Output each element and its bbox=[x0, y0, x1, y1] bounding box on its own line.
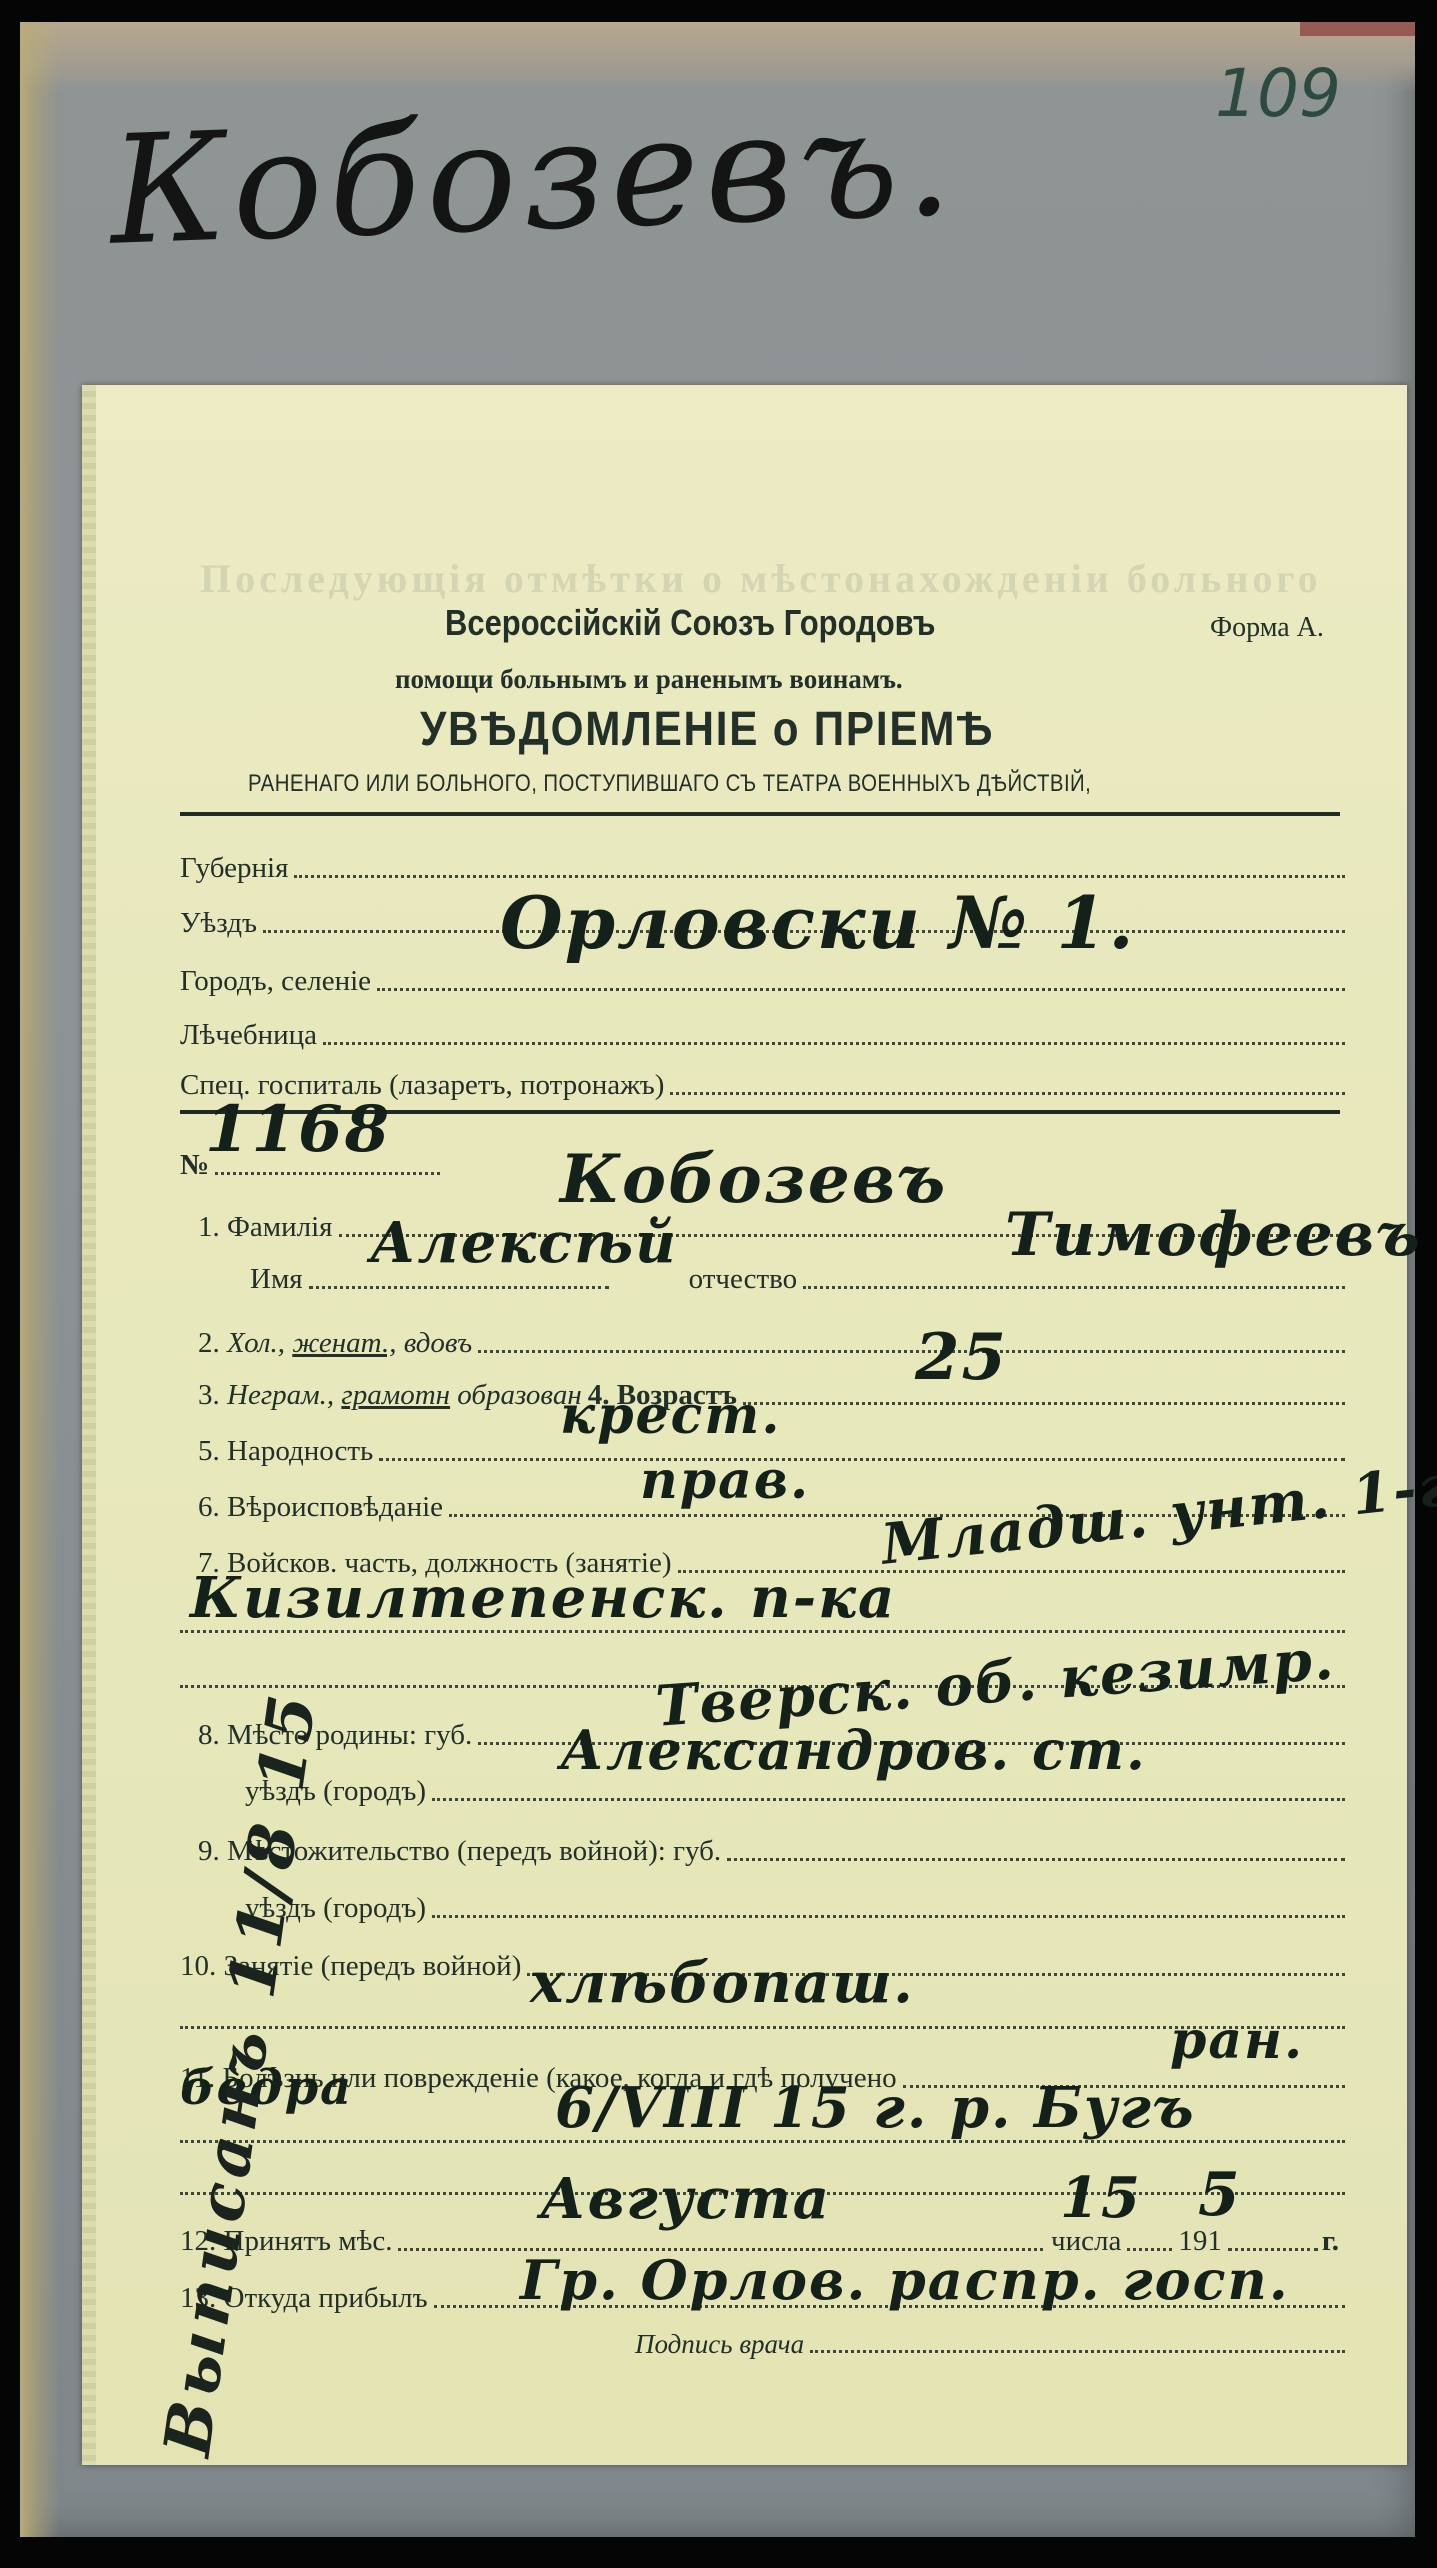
form-label: Форма А. bbox=[1210, 612, 1324, 644]
handwritten-religion: прав. bbox=[640, 1450, 810, 1511]
handwritten-hospital: Орловски № 1. bbox=[500, 880, 1136, 965]
fill-line bbox=[323, 1041, 1345, 1045]
form-title: УВѢДОМЛЕНІЕ о ПРІЕМѢ bbox=[420, 702, 995, 757]
field-lechebnitsa: Лѣчебница bbox=[180, 1012, 1345, 1052]
fill-line bbox=[810, 2349, 1345, 2353]
field-label: 5. Народность bbox=[180, 1435, 379, 1468]
folio-number: 109 bbox=[1215, 55, 1341, 132]
form-title-note: РАНЕНАГО ИЛИ БОЛЬНОГО, ПОСТУПИВШАГО СЪ Т… bbox=[248, 770, 1091, 798]
fill-line bbox=[309, 1285, 609, 1289]
fill-line bbox=[180, 1629, 1345, 1633]
fill-line bbox=[377, 987, 1345, 991]
field-label: Лѣчебница bbox=[180, 1019, 323, 1052]
fill-line bbox=[215, 1171, 440, 1175]
handwritten-number: 1168 bbox=[205, 1092, 391, 1167]
field-doctor-signature: Подпись врача bbox=[635, 2320, 1345, 2360]
fill-line bbox=[727, 1857, 1345, 1861]
handwritten-surname: Кобозевъ bbox=[560, 1140, 947, 1218]
cover-surname: Кобозевъ. bbox=[107, 75, 960, 278]
field-label: Городъ, селеніе bbox=[180, 965, 377, 998]
folder-red-mark bbox=[1300, 22, 1415, 36]
handwritten-admitted-year-digit: 5 bbox=[1198, 2160, 1242, 2230]
selected-option: женат., bbox=[292, 1327, 396, 1359]
handwritten-birthplace-uezd: Александров. ст. bbox=[560, 1718, 1147, 1782]
field-gubernia: Губернія bbox=[180, 845, 1345, 885]
field-label: 1. Фамилія bbox=[180, 1211, 339, 1244]
field-marital: 2. Хол., женат., вдовъ bbox=[180, 1320, 1345, 1360]
fill-line bbox=[478, 1349, 1345, 1353]
field-label: Имя bbox=[250, 1263, 309, 1296]
organization-name: Всероссійскій Союзъ Городовъ bbox=[445, 602, 935, 644]
fill-line bbox=[803, 1285, 1345, 1289]
fill-line bbox=[432, 1797, 1345, 1801]
handwritten-admitted-day: 15 bbox=[1060, 2165, 1142, 2231]
fill-line bbox=[294, 874, 1345, 878]
field-label: Уѣздъ bbox=[180, 907, 263, 940]
field-label: 6. Вѣроисповѣданіе bbox=[180, 1491, 449, 1524]
field-label: 3. Неграм., грамотн образован bbox=[180, 1379, 588, 1412]
fill-line bbox=[379, 1457, 1345, 1461]
handwritten-first-name: Алексѣй bbox=[370, 1210, 678, 1276]
fill-line bbox=[743, 1401, 1345, 1405]
field-label: 2. Хол., женат., вдовъ bbox=[180, 1327, 478, 1360]
field-illness-continuation bbox=[180, 2110, 1345, 2150]
reverse-bleed-through: Последующія отмѣтки о мѣстонахожденіи бо… bbox=[200, 555, 1350, 602]
selected-option: грамотн bbox=[341, 1379, 450, 1411]
folder-edge-top bbox=[20, 22, 1415, 92]
field-residence-gub: 9. Мѣстожительство (передъ войной): губ. bbox=[180, 1828, 1345, 1868]
folder-edge-left bbox=[20, 22, 60, 2537]
handwritten-patronymic: Тимофеевъ bbox=[1005, 1200, 1422, 1270]
field-label: Подпись врача bbox=[635, 2329, 810, 2360]
handwritten-admitted-month: Августа bbox=[540, 2166, 831, 2232]
year-end: г. bbox=[1318, 2225, 1345, 2258]
fill-line bbox=[432, 1914, 1345, 1918]
header-divider bbox=[180, 812, 1340, 816]
handwritten-estate: крест. bbox=[560, 1385, 781, 1446]
fill-line bbox=[670, 1091, 1345, 1095]
field-residence-uezd: уѣздъ (городъ) bbox=[245, 1885, 1345, 1925]
field-unit-continuation bbox=[180, 1600, 1345, 1640]
field-label: 8. Мѣсто родины: губ. bbox=[180, 1719, 478, 1752]
field-label: Губернія bbox=[180, 852, 294, 885]
handwritten-illness-type: ран. bbox=[1170, 2010, 1304, 2071]
fill-line bbox=[180, 2139, 1345, 2143]
organization-subtitle: помощи больнымъ и раненымъ воинамъ. bbox=[395, 664, 903, 695]
handwritten-age: 25 bbox=[915, 1320, 1008, 1395]
handwritten-arrived-from: Гр. Орлов. распр. госп. bbox=[520, 2248, 1290, 2312]
